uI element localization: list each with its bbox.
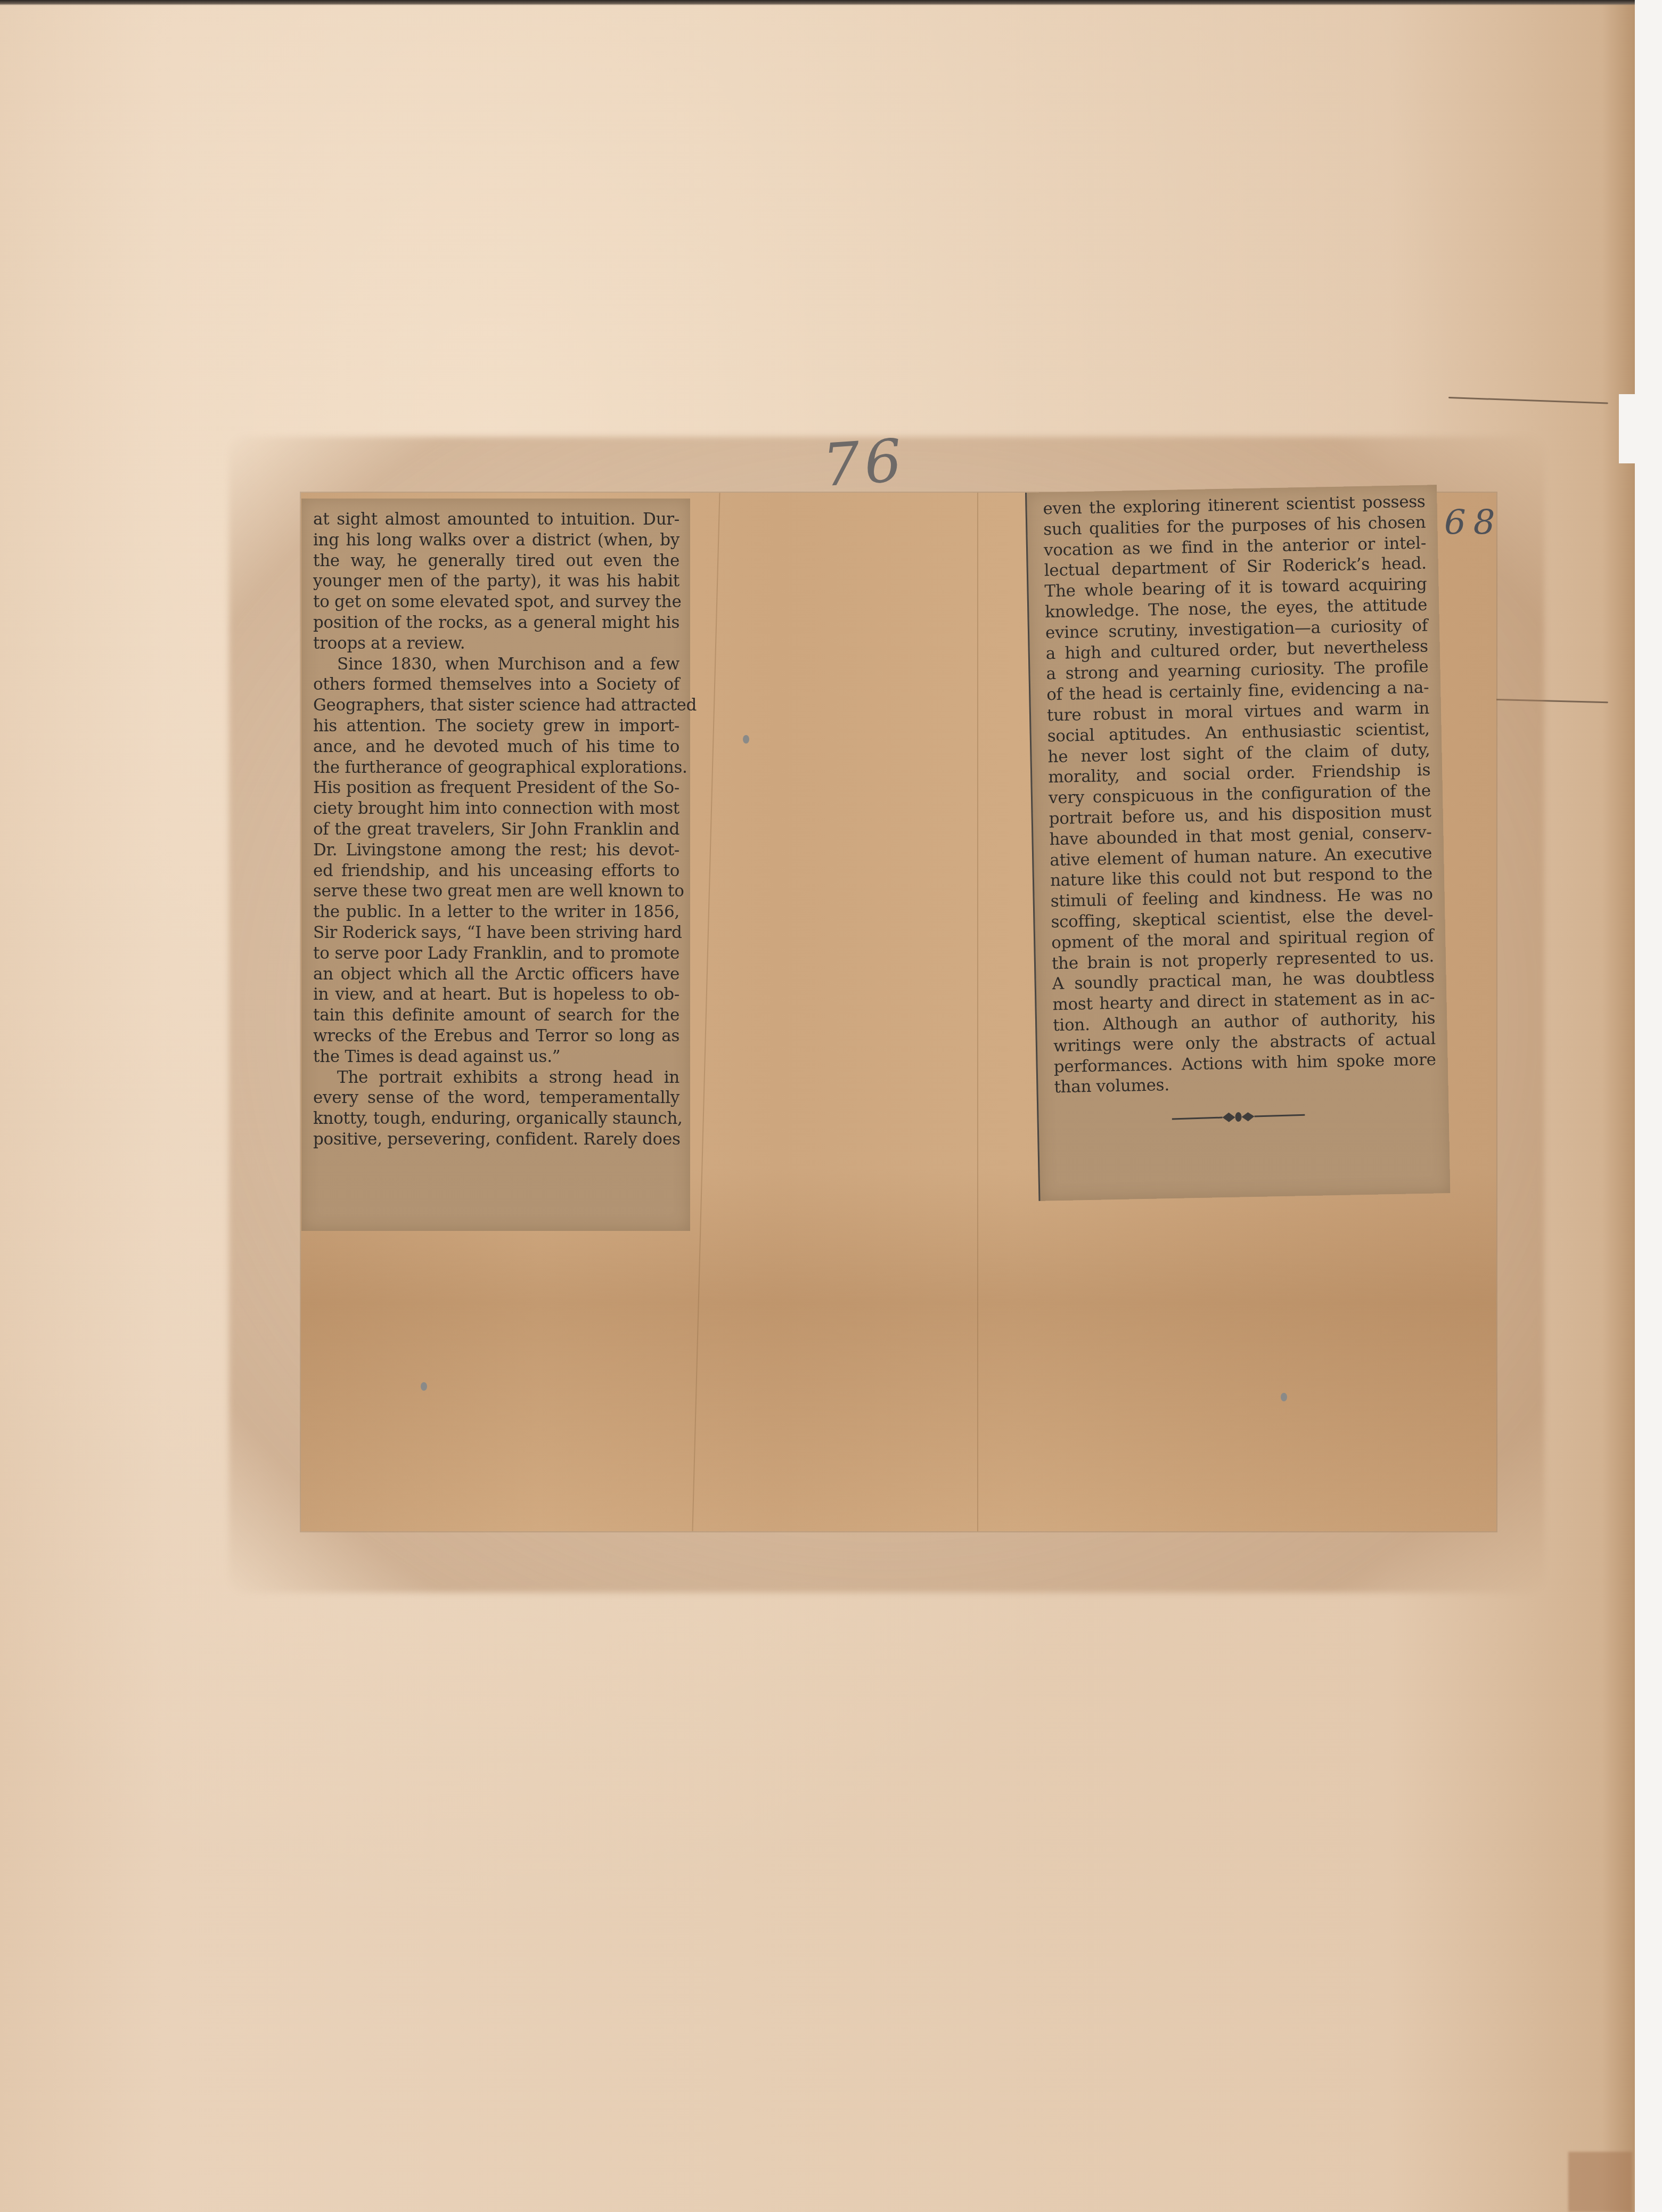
text-line: the way, he generally tired out even the	[313, 551, 679, 572]
tear-mark	[1448, 397, 1608, 404]
text-line: the furtherance of geographical explorat…	[313, 757, 679, 778]
speck	[743, 735, 749, 744]
text-line: ciety brought him into connection with m…	[313, 798, 679, 819]
corner-stain	[1568, 2152, 1632, 2212]
crease-line	[977, 493, 978, 1531]
text-line: knotty, tough, enduring, organically sta…	[313, 1108, 679, 1129]
speck	[421, 1382, 427, 1391]
text-line: Sir Roderick says, “I have been striving…	[313, 923, 679, 943]
clipping-text-column: at sight almost amounted to intuition. D…	[313, 509, 679, 1150]
paragraph-start: Since 1830, when Murchison and a few	[313, 654, 679, 675]
crease-line	[692, 493, 720, 1531]
newspaper-clipping-left: at sight almost amounted to intuition. D…	[301, 499, 690, 1231]
text-line: in view, and at heart. But is hopeless t…	[313, 984, 679, 1005]
text-line: His position as frequent President of th…	[313, 778, 679, 798]
page-edge-notch	[1619, 394, 1640, 463]
text-line: ed friendship, and his unceasing efforts…	[313, 861, 679, 881]
pencil-page-number: 76	[821, 426, 908, 500]
text-line: his attention. The society grew in impor…	[313, 716, 679, 737]
text-line: an object which all the Arctic officers …	[313, 964, 679, 985]
text-line: to serve poor Lady Franklin, and to prom…	[313, 943, 679, 964]
text-line: at sight almost amounted to intuition. D…	[313, 509, 679, 530]
speck	[1281, 1393, 1287, 1401]
text-line: positive, persevering, confident. Rarely…	[313, 1129, 679, 1150]
text-line: wrecks of the Erebus and Terror so long …	[313, 1026, 679, 1047]
text-line: position of the rocks, as a general migh…	[313, 613, 679, 633]
text-line: the public. In a letter to the writer in…	[313, 902, 679, 923]
pencil-page-number: 68	[1444, 503, 1502, 543]
text-line: every sense of the word, temperamentally	[313, 1088, 679, 1108]
text-line: Geographers, that sister science had att…	[313, 695, 679, 716]
text-line: of the great travelers, Sir John Frankli…	[313, 819, 679, 840]
text-line: younger men of the party), it was his ha…	[313, 571, 679, 592]
text-line: ing his long walks over a district (when…	[313, 530, 679, 551]
page-top-edge	[0, 0, 1635, 5]
text-line: Dr. Livingstone among the rest; his devo…	[313, 840, 679, 861]
text-line: troops at a review.	[313, 633, 679, 654]
clipping-text-column: even the exploring itinerent scientist p…	[1043, 492, 1436, 1098]
ornamental-rule-icon	[1172, 1111, 1305, 1124]
paragraph-start: The portrait exhibits a strong head in	[313, 1067, 679, 1088]
text-line: tain this definite amount of search for …	[313, 1005, 679, 1026]
text-line: to get on some elevated spot, and survey…	[313, 592, 679, 613]
text-line: the Times is dead against us.”	[313, 1047, 679, 1067]
text-line: ance, and he devoted much of his time to	[313, 737, 679, 757]
text-line: others formed themselves into a Society …	[313, 674, 679, 695]
newspaper-clipping-right: even the exploring itinerent scientist p…	[1025, 485, 1450, 1201]
text-line: serve these two great men are well known…	[313, 881, 679, 902]
